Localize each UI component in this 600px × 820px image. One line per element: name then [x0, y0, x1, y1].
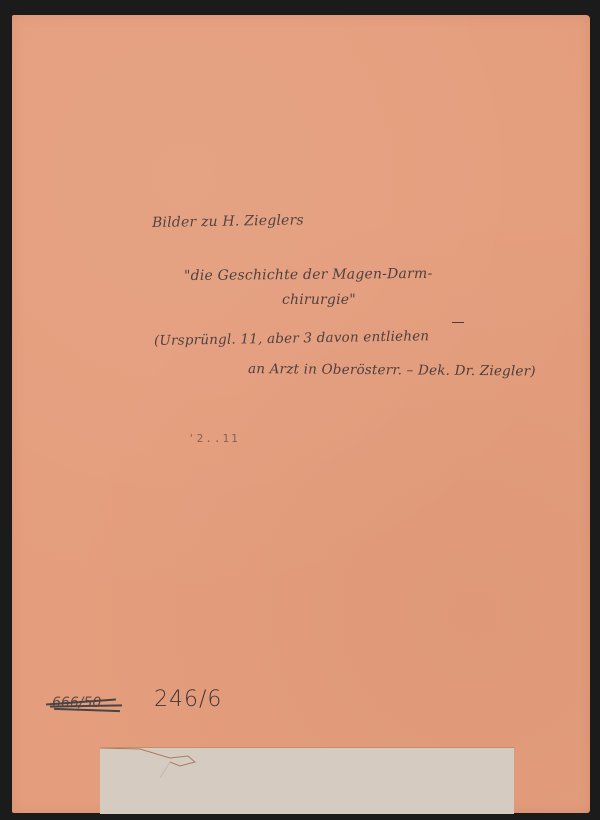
- faint-pencil-mark: '2..11: [188, 432, 240, 445]
- handwritten-note-line-1: (Ursprüngl. 11, aber 3 davon entliehen: [154, 328, 430, 349]
- handwritten-quote-line-2: chirurgie": [282, 292, 356, 308]
- paper-label-strip: [100, 748, 514, 814]
- torn-fold-icon: [100, 748, 210, 778]
- document-paper: Bilder zu H. Zieglers "die Geschichte de…: [12, 15, 590, 813]
- shelf-catalog-number: 246/6: [154, 687, 222, 712]
- ink-overbar-mark: [452, 322, 464, 323]
- scan-background: Bilder zu H. Zieglers "die Geschichte de…: [0, 0, 600, 820]
- handwritten-quote-line-1: "die Geschichte der Magen-Darm-: [184, 266, 432, 284]
- handwritten-title-line: Bilder zu H. Zieglers: [152, 212, 304, 231]
- handwritten-note-line-2: an Arzt in Oberösterr. – Dek. Dr. Ziegle…: [248, 361, 536, 380]
- struck-old-catalog-number: 666/50: [52, 695, 101, 711]
